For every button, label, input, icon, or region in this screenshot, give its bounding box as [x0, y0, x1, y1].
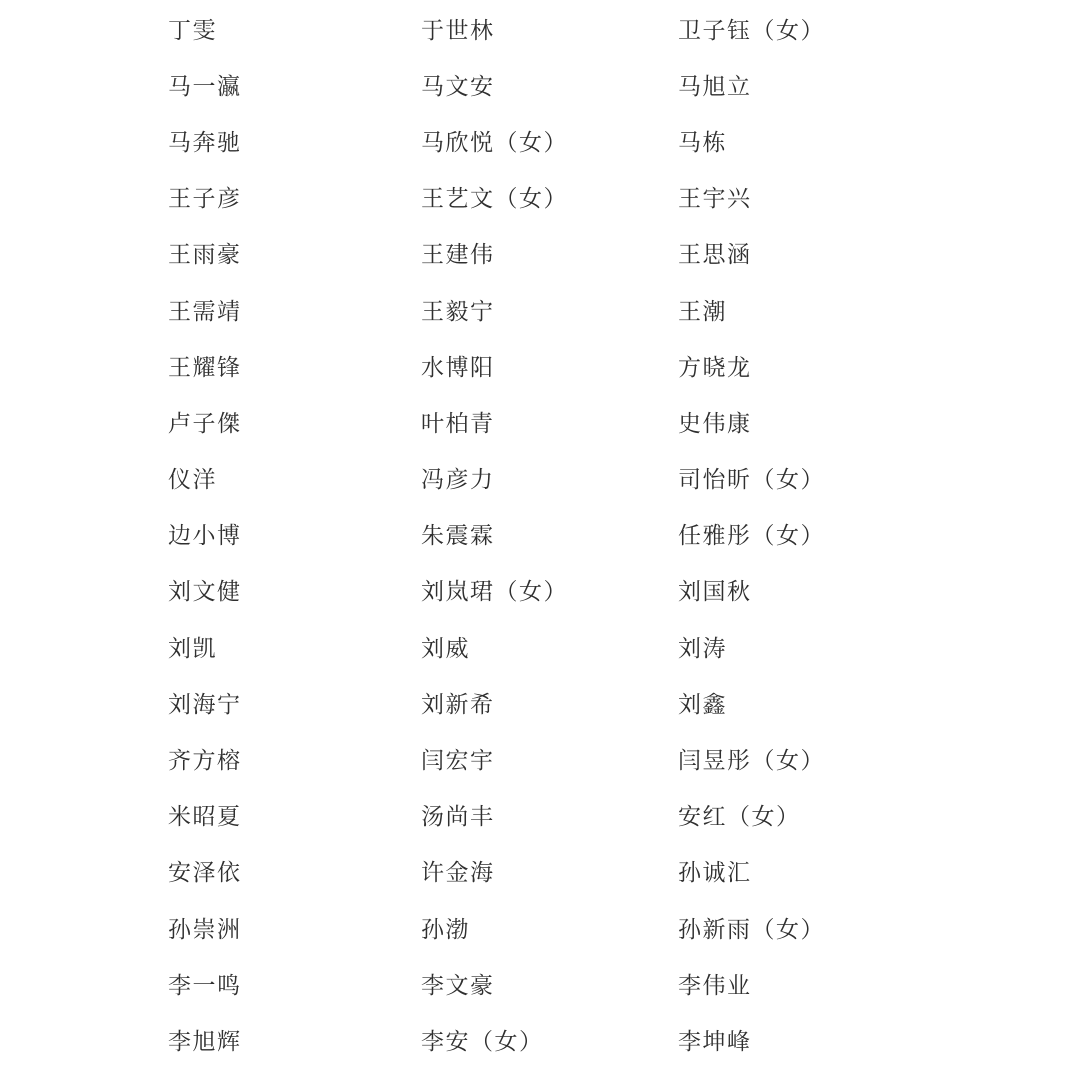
person-name: 安红（女） — [678, 806, 1080, 829]
name-row: 王需靖王毅宁王潮 — [168, 284, 1080, 340]
person-name: 王建伟 — [421, 244, 678, 267]
name-row: 王雨豪王建伟王思涵 — [168, 228, 1080, 284]
name-row: 齐方榕闫宏宇闫昱彤（女） — [168, 733, 1080, 789]
person-name: 王思涵 — [678, 244, 1080, 267]
name-row: 刘凯刘威刘涛 — [168, 621, 1080, 677]
name-row: 刘文健刘岚珺（女）刘国秋 — [168, 565, 1080, 621]
person-name: 刘威 — [421, 638, 678, 661]
name-list: 丁雯于世林卫子钰（女）马一瀛马文安马旭立马奔驰马欣悦（女）马栋王子彦王艺文（女）… — [168, 3, 1080, 1071]
person-name: 齐方榕 — [168, 750, 421, 773]
person-name: 汤尚丰 — [421, 806, 678, 829]
person-name: 刘文健 — [168, 581, 421, 604]
person-name: 马奔驰 — [168, 132, 421, 155]
person-name: 李文豪 — [421, 975, 678, 998]
person-name: 马欣悦（女） — [421, 132, 678, 155]
name-row: 边小博朱震霖任雅彤（女） — [168, 509, 1080, 565]
person-name: 孙诚汇 — [678, 862, 1080, 885]
person-name: 孙渤 — [421, 919, 678, 942]
person-name: 王雨豪 — [168, 244, 421, 267]
name-row: 卢子傑叶柏青史伟康 — [168, 396, 1080, 452]
name-row: 丁雯于世林卫子钰（女） — [168, 3, 1080, 59]
person-name: 朱震霖 — [421, 525, 678, 548]
name-row: 王子彦王艺文（女）王宇兴 — [168, 172, 1080, 228]
person-name: 王需靖 — [168, 301, 421, 324]
person-name: 许金海 — [421, 862, 678, 885]
person-name: 方晓龙 — [678, 357, 1080, 380]
person-name: 王耀锋 — [168, 357, 421, 380]
person-name: 司怡昕（女） — [678, 469, 1080, 492]
person-name: 刘海宁 — [168, 694, 421, 717]
name-row: 李旭辉李安（女）李坤峰 — [168, 1014, 1080, 1070]
person-name: 冯彦力 — [421, 469, 678, 492]
person-name: 于世林 — [421, 20, 678, 43]
person-name: 刘国秋 — [678, 581, 1080, 604]
person-name: 马一瀛 — [168, 76, 421, 99]
person-name: 马栋 — [678, 132, 1080, 155]
name-row: 李一鸣李文豪李伟业 — [168, 958, 1080, 1014]
person-name: 马文安 — [421, 76, 678, 99]
person-name: 孙新雨（女） — [678, 919, 1080, 942]
person-name: 仪洋 — [168, 469, 421, 492]
person-name: 王子彦 — [168, 188, 421, 211]
person-name: 孙崇洲 — [168, 919, 421, 942]
person-name: 王毅宁 — [421, 301, 678, 324]
person-name: 水博阳 — [421, 357, 678, 380]
person-name: 闫昱彤（女） — [678, 750, 1080, 773]
person-name: 王艺文（女） — [421, 188, 678, 211]
person-name: 卢子傑 — [168, 413, 421, 436]
person-name: 史伟康 — [678, 413, 1080, 436]
name-row: 米昭夏汤尚丰安红（女） — [168, 790, 1080, 846]
person-name: 安泽依 — [168, 862, 421, 885]
person-name: 卫子钰（女） — [678, 20, 1080, 43]
person-name: 丁雯 — [168, 20, 421, 43]
person-name: 刘涛 — [678, 638, 1080, 661]
name-row: 马奔驰马欣悦（女）马栋 — [168, 115, 1080, 171]
person-name: 闫宏宇 — [421, 750, 678, 773]
person-name: 任雅彤（女） — [678, 525, 1080, 548]
name-row: 仪洋冯彦力司怡昕（女） — [168, 453, 1080, 509]
person-name: 李坤峰 — [678, 1031, 1080, 1054]
person-name: 刘鑫 — [678, 694, 1080, 717]
person-name: 李安（女） — [421, 1031, 678, 1054]
name-row: 安泽依许金海孙诚汇 — [168, 846, 1080, 902]
person-name: 边小博 — [168, 525, 421, 548]
person-name: 李伟业 — [678, 975, 1080, 998]
name-roster-document: 丁雯于世林卫子钰（女）马一瀛马文安马旭立马奔驰马欣悦（女）马栋王子彦王艺文（女）… — [0, 0, 1080, 1071]
person-name: 王潮 — [678, 301, 1080, 324]
person-name: 王宇兴 — [678, 188, 1080, 211]
name-row: 刘海宁刘新希刘鑫 — [168, 677, 1080, 733]
person-name: 刘新希 — [421, 694, 678, 717]
name-row: 王耀锋水博阳方晓龙 — [168, 340, 1080, 396]
person-name: 马旭立 — [678, 76, 1080, 99]
person-name: 叶柏青 — [421, 413, 678, 436]
person-name: 米昭夏 — [168, 806, 421, 829]
name-row: 马一瀛马文安马旭立 — [168, 59, 1080, 115]
person-name: 李一鸣 — [168, 975, 421, 998]
person-name: 李旭辉 — [168, 1031, 421, 1054]
name-row: 孙崇洲孙渤孙新雨（女） — [168, 902, 1080, 958]
person-name: 刘凯 — [168, 638, 421, 661]
person-name: 刘岚珺（女） — [421, 581, 678, 604]
